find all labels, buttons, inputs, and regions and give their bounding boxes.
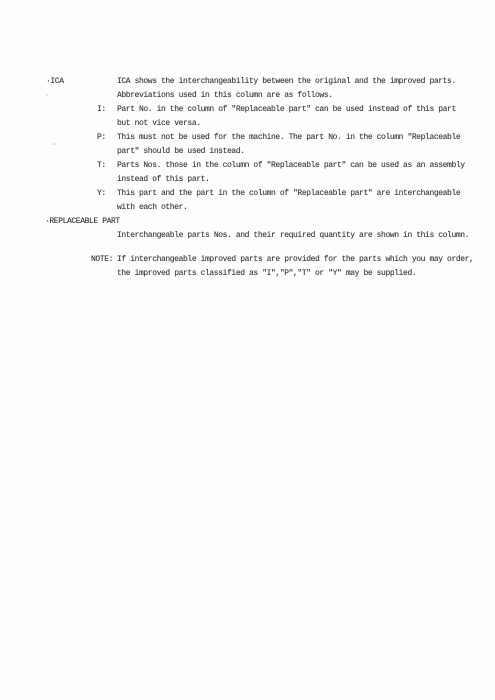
note-label: NOTE: [91, 253, 117, 281]
description-line: Parts Nos. those in the column of "Repla… [117, 159, 465, 173]
abbreviation-code-p: P: [97, 131, 117, 159]
ica-intro-line-2: Abbreviations used in this column are as… [97, 89, 482, 103]
abbreviation-code-i: I: [97, 103, 117, 131]
abbreviation-code-y: Y: [97, 187, 117, 215]
ica-section-heading: ·ICA [46, 75, 64, 89]
replaceable-part-section-heading: ·REPLACEABLE PART [45, 215, 120, 229]
abbreviation-code-t: T: [97, 159, 117, 187]
note-line-1: If interchangeable improved parts are pr… [117, 253, 473, 267]
scan-speck [53, 143, 56, 145]
ica-abbreviation-item-y: Y: This part and the part in the column … [97, 187, 482, 215]
ica-intro-line-1: ICA shows the interchangeability between… [97, 75, 482, 89]
description-line: with each other. [117, 201, 460, 215]
ica-abbreviation-item-i: I: Part No. in the column of "Replaceabl… [97, 103, 482, 131]
replaceable-part-description: Interchangeable parts Nos. and their req… [117, 229, 469, 243]
description-line: instead of this part. [117, 173, 465, 187]
note-line-2: the improved parts classified as "I","P"… [117, 267, 473, 281]
note-block: NOTE: If interchangeable improved parts … [91, 253, 473, 281]
document-page: ·ICA ICA shows the interchangeability be… [0, 0, 495, 700]
description-line: Part No. in the column of "Replaceable p… [117, 103, 456, 117]
abbreviation-description: Part No. in the column of "Replaceable p… [117, 103, 456, 131]
abbreviation-description: This must not be used for the machine. T… [117, 131, 460, 159]
ica-abbreviation-item-p: P: This must not be used for the machine… [97, 131, 482, 159]
scan-speck [46, 94, 48, 96]
description-line: This part and the part in the column of … [117, 187, 460, 201]
abbreviation-description: This part and the part in the column of … [117, 187, 460, 215]
abbreviation-description: Parts Nos. those in the column of "Repla… [117, 159, 465, 187]
note-text: If interchangeable improved parts are pr… [117, 253, 473, 281]
ica-abbreviation-item-t: T: Parts Nos. those in the column of "Re… [97, 159, 482, 187]
description-line: but not vice versa. [117, 117, 456, 131]
ica-section-body: ICA shows the interchangeability between… [97, 75, 482, 215]
description-line: This must not be used for the machine. T… [117, 131, 460, 145]
description-line: part" should be used instead. [117, 145, 460, 159]
